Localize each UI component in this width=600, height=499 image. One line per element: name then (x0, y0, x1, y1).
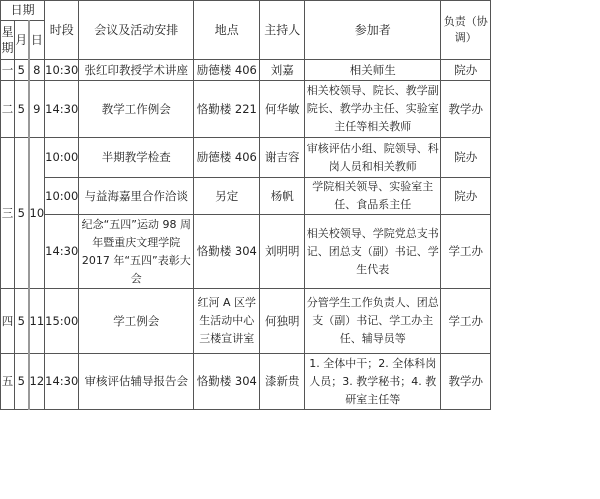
activity-cell: 与益海嘉里合作洽谈 (79, 178, 194, 215)
host-cell: 何独明 (260, 289, 305, 354)
host-cell: 谢吉容 (260, 138, 305, 178)
header-weekday: 星期 (1, 21, 15, 60)
header-date-group: 日期 (1, 1, 45, 21)
header-day: 日 (29, 21, 45, 60)
responsible-cell: 教学办 (441, 354, 491, 410)
time-cell: 10:00 (45, 178, 79, 215)
header-time: 时段 (45, 1, 79, 60)
time-cell: 15:00 (45, 289, 79, 354)
day-cell: 11 (29, 289, 45, 354)
day-cell: 9 (29, 81, 45, 138)
responsible-cell: 学工办 (441, 215, 491, 289)
responsible-cell: 教学办 (441, 81, 491, 138)
host-cell: 刘嘉 (260, 60, 305, 81)
header-responsible: 负责（协调） (441, 1, 491, 60)
location-cell: 恪勤楼 304 (194, 354, 260, 410)
responsible-cell: 院办 (441, 60, 491, 81)
location-cell: 恪勤楼 221 (194, 81, 260, 138)
month-cell: 5 (15, 60, 29, 81)
month-cell: 5 (15, 354, 29, 410)
activity-cell: 教学工作例会 (79, 81, 194, 138)
activity-cell: 审核评估辅导报告会 (79, 354, 194, 410)
header-participants: 参加者 (305, 1, 441, 60)
day-cell: 8 (29, 60, 45, 81)
weekday-cell: 二 (1, 81, 15, 138)
table-row: 二 5 9 14:30 教学工作例会 恪勤楼 221 何华敏 相关校领导、院长、… (1, 81, 491, 138)
weekday-cell: 一 (1, 60, 15, 81)
day-cell: 10 (29, 138, 45, 289)
month-cell: 5 (15, 138, 29, 289)
responsible-cell: 院办 (441, 178, 491, 215)
host-cell: 刘明明 (260, 215, 305, 289)
activity-cell: 纪念“五四”运动 98 周年暨重庆文理学院 2017 年“五四”表彰大会 (79, 215, 194, 289)
weekday-cell: 五 (1, 354, 15, 410)
table-row: 四 5 11 15:00 学工例会 红河 A 区学生活动中心三楼宣讲室 何独明 … (1, 289, 491, 354)
header-location: 地点 (194, 1, 260, 60)
host-cell: 杨帆 (260, 178, 305, 215)
time-cell: 14:30 (45, 215, 79, 289)
location-cell: 另定 (194, 178, 260, 215)
header-month: 月 (15, 21, 29, 60)
participants-cell: 相关校领导、学院党总支书记、团总支（副）书记、学生代表 (305, 215, 441, 289)
time-cell: 10:30 (45, 60, 79, 81)
table-row: 一 5 8 10:30 张红印教授学术讲座 励德楼 406 刘嘉 相关师生 院办 (1, 60, 491, 81)
day-cell: 12 (29, 354, 45, 410)
weekday-cell: 四 (1, 289, 15, 354)
time-cell: 14:30 (45, 81, 79, 138)
time-cell: 14:30 (45, 354, 79, 410)
month-cell: 5 (15, 81, 29, 138)
location-cell: 红河 A 区学生活动中心三楼宣讲室 (194, 289, 260, 354)
table-row: 14:30 纪念“五四”运动 98 周年暨重庆文理学院 2017 年“五四”表彰… (1, 215, 491, 289)
participants-cell: 相关师生 (305, 60, 441, 81)
location-cell: 恪勤楼 304 (194, 215, 260, 289)
header-activity: 会议及活动安排 (79, 1, 194, 60)
header-host: 主持人 (260, 1, 305, 60)
table-row: 三 5 10 10:00 半期教学检查 励德楼 406 谢吉容 审核评估小组、院… (1, 138, 491, 178)
participants-cell: 相关校领导、院长、教学副院长、教学办主任、实验室主任等相关教师 (305, 81, 441, 138)
participants-cell: 分管学生工作负责人、团总支（副）书记、学工办主任、辅导员等 (305, 289, 441, 354)
participants-cell: 1. 全体中干；2. 全体科岗人员；3. 教学秘书；4. 教研室主任等 (305, 354, 441, 410)
host-cell: 何华敏 (260, 81, 305, 138)
responsible-cell: 院办 (441, 138, 491, 178)
table-row: 五 5 12 14:30 审核评估辅导报告会 恪勤楼 304 漆新贵 1. 全体… (1, 354, 491, 410)
weekday-cell: 三 (1, 138, 15, 289)
time-cell: 10:00 (45, 138, 79, 178)
location-cell: 励德楼 406 (194, 138, 260, 178)
location-cell: 励德楼 406 (194, 60, 260, 81)
responsible-cell: 学工办 (441, 289, 491, 354)
table-row: 10:00 与益海嘉里合作洽谈 另定 杨帆 学院相关领导、实验室主任、食品系主任… (1, 178, 491, 215)
participants-cell: 学院相关领导、实验室主任、食品系主任 (305, 178, 441, 215)
activity-cell: 学工例会 (79, 289, 194, 354)
activity-cell: 张红印教授学术讲座 (79, 60, 194, 81)
participants-cell: 审核评估小组、院领导、科岗人员和相关教师 (305, 138, 441, 178)
weekly-schedule-table: 日期 时段 会议及活动安排 地点 主持人 参加者 负责（协调） 星期 月 日 一… (0, 0, 491, 410)
month-cell: 5 (15, 289, 29, 354)
activity-cell: 半期教学检查 (79, 138, 194, 178)
host-cell: 漆新贵 (260, 354, 305, 410)
